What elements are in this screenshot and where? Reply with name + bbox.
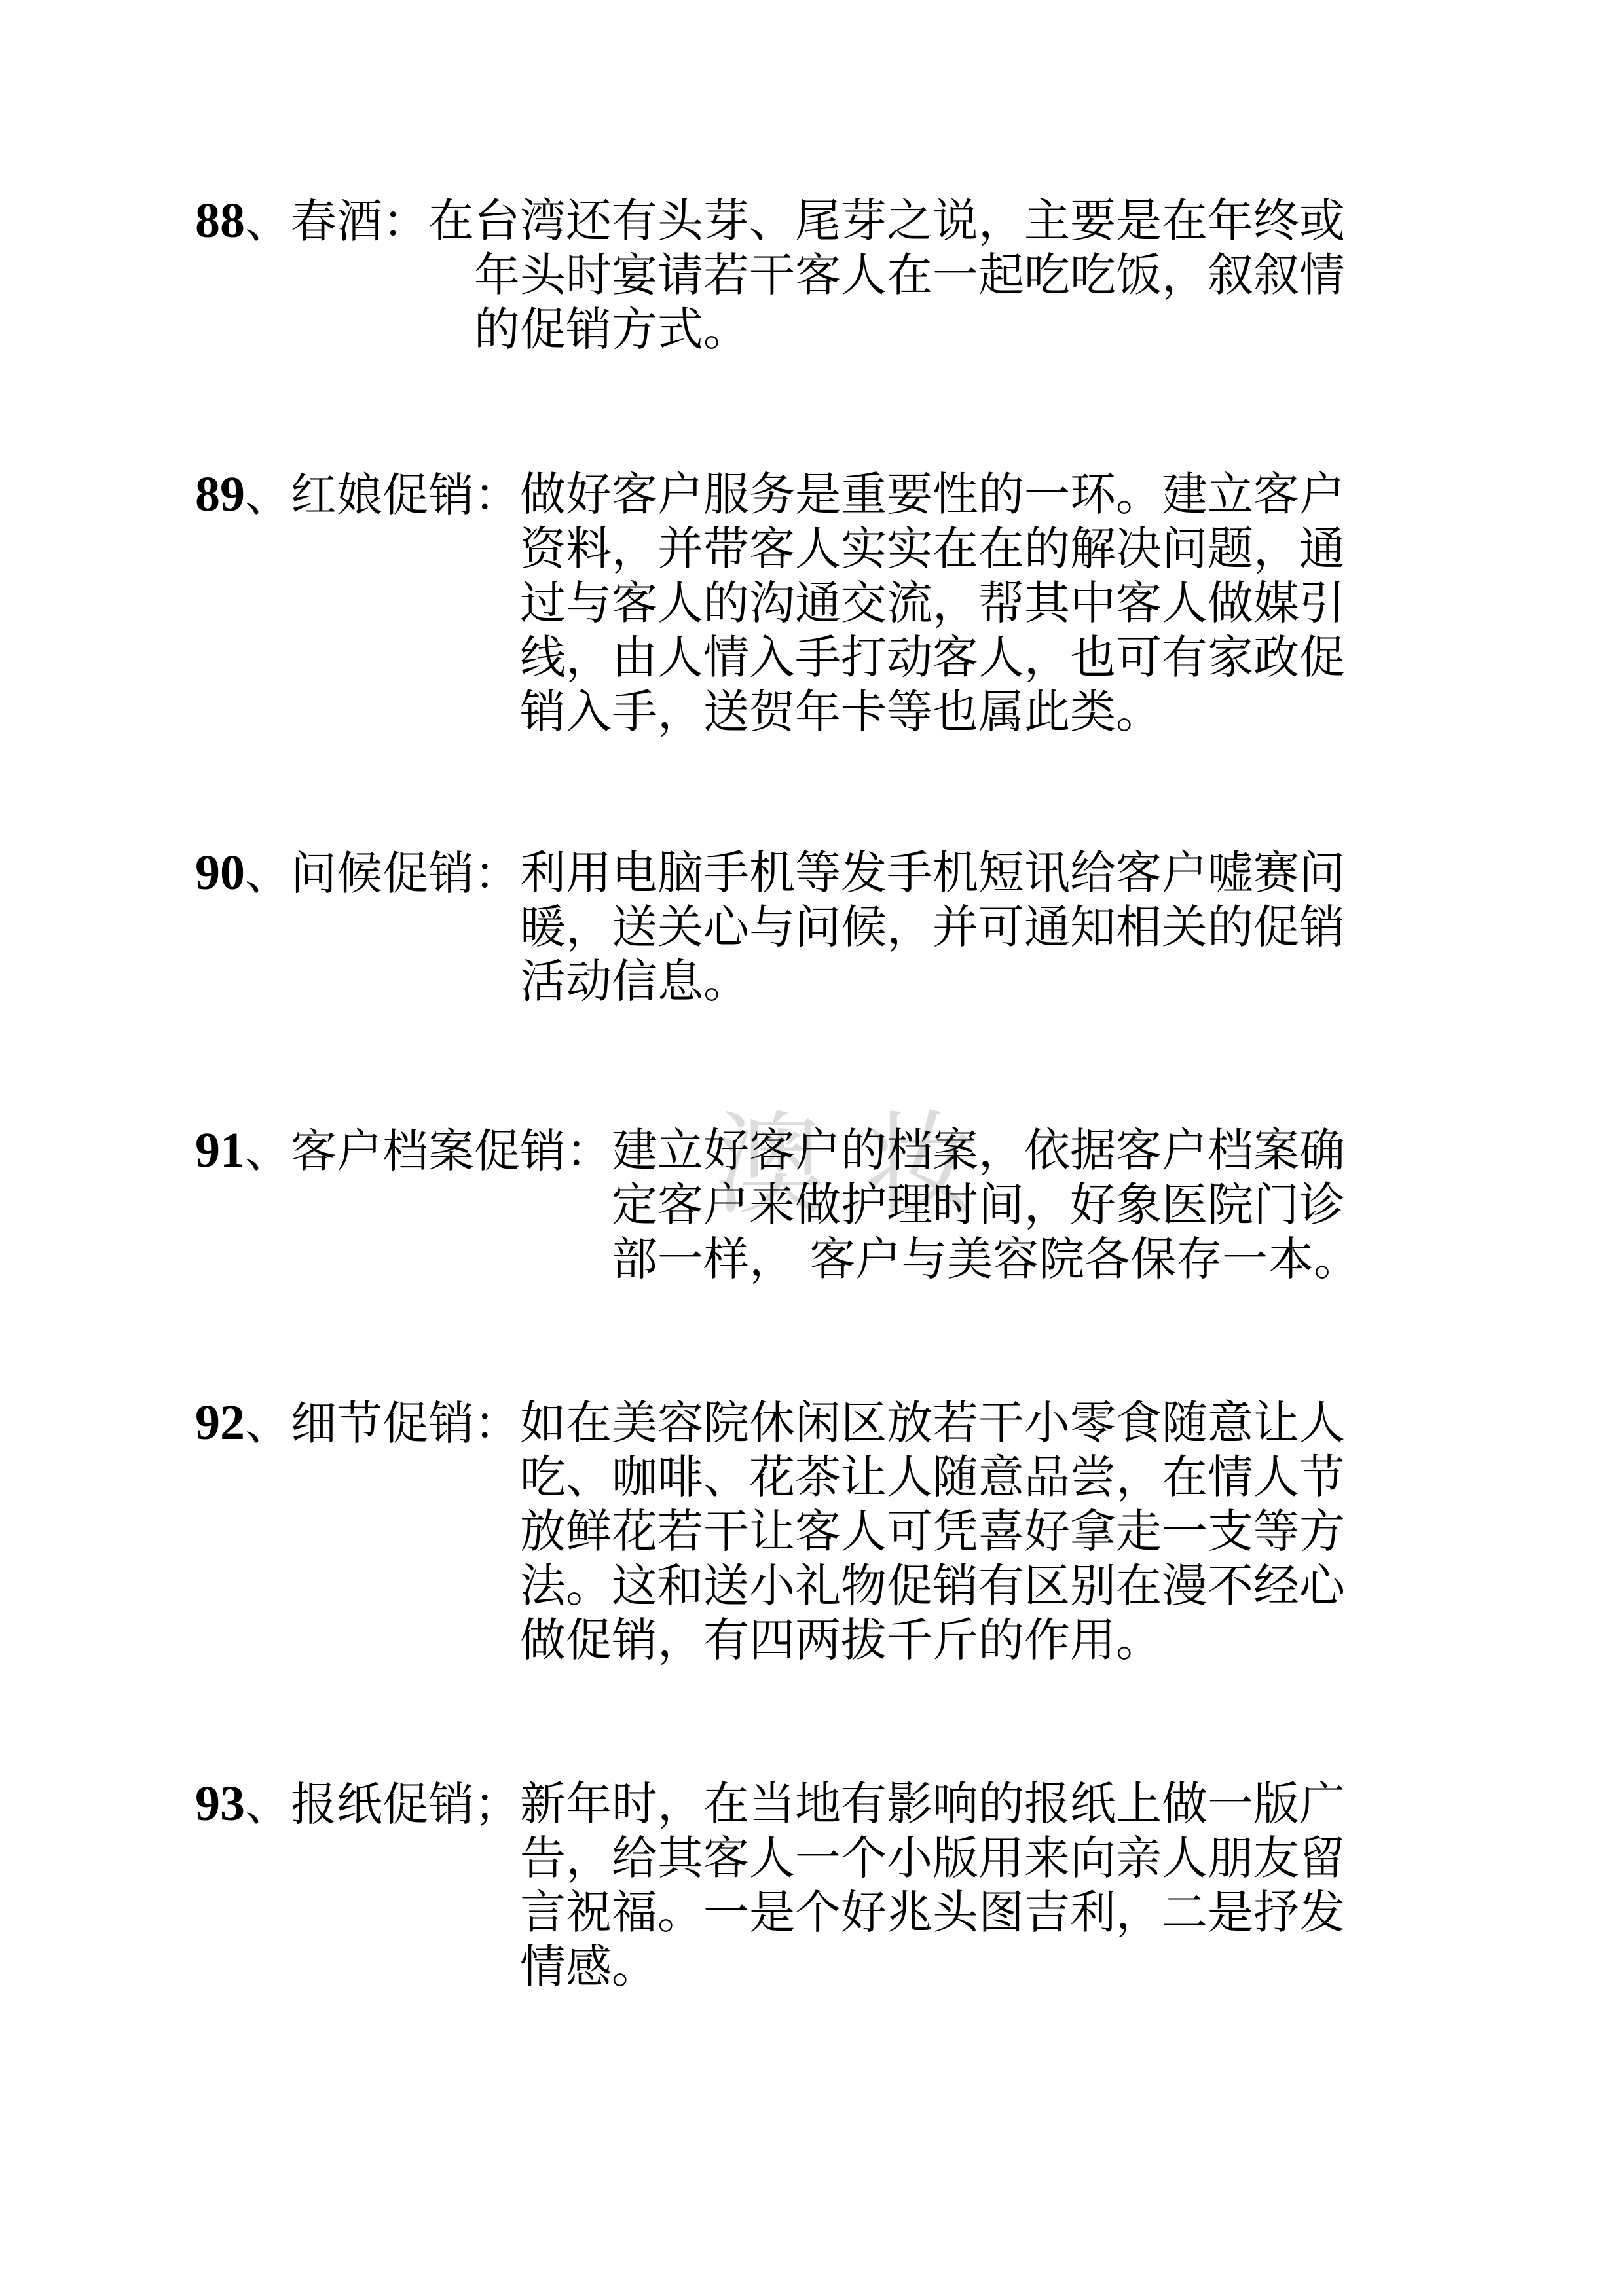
item-number: 93	[195, 1777, 245, 1831]
description-line: 销入手，送贺年卡等也属此类。	[520, 685, 1439, 739]
description-line: 法。这和送小礼物促销有区别在漫不经心	[520, 1559, 1439, 1613]
item-description: 利用电脑手机等发手机短讯给客户嘘赛问 暖，送关心与问候，并可通知相关的促销 活动…	[520, 846, 1439, 1009]
item-separator: 、	[245, 847, 291, 901]
description-line: 吃、咖啡、花茶让人随意品尝，在情人节	[520, 1450, 1439, 1504]
item-number: 92	[195, 1396, 245, 1450]
description-line: 线，由人情入手打动客人，也可有家政促	[520, 630, 1439, 685]
item-description: 在台湾还有头芽、尾芽之说，主要是在年终或 年头时宴请若干客人在一起吃吃饭，叙叙情…	[428, 194, 1439, 357]
promotion-item-90: 90 、 问候促销 ： 利用电脑手机等发手机短讯给客户嘘赛问 暖，送关心与问候，…	[195, 846, 1439, 1009]
item-number: 91	[195, 1123, 245, 1178]
description-line: 部一样， 客户与美容院各保存一本。	[612, 1232, 1439, 1286]
item-description: 建立好客户的档案，依据客户档案确 定客户来做护理时间，好象医院门诊 部一样， 客…	[612, 1123, 1439, 1286]
item-description: 做好客户服务是重要性的一环。建立客户 资料，并带客人实实在在的解决问题，通 过与…	[520, 467, 1439, 739]
item-description: 新年时，在当地有影响的报纸上做一版广 告，给其客人一个小版用来向亲人朋友留 言祝…	[520, 1777, 1439, 1994]
item-number: 90	[195, 846, 245, 900]
item-heading: 91 、 客户档案促销 ：	[195, 1123, 612, 1178]
description-line: 如在美容院休闲区放若干小零食随意让人	[520, 1396, 1439, 1450]
item-title: 客户档案促销	[291, 1124, 566, 1178]
item-heading: 88 、 春酒 ：	[195, 194, 428, 249]
description-line: 告，给其客人一个小版用来向亲人朋友留	[520, 1831, 1439, 1886]
promotion-item-93: 93 、 报纸促销 ； 新年时，在当地有影响的报纸上做一版广 告，给其客人一个小…	[195, 1777, 1439, 1994]
item-number: 89	[195, 467, 245, 522]
description-line: 做促销，有四两拔千斤的作用。	[520, 1613, 1439, 1667]
description-line: 年头时宴请若干客人在一起吃吃饭，叙叙情	[428, 248, 1439, 302]
description-line: 定客户来做护理时间，好象医院门诊	[612, 1178, 1439, 1232]
item-colon: ：	[474, 1396, 520, 1451]
item-colon: ；	[474, 1777, 520, 1832]
promotion-item-88: 88 、 春酒 ： 在台湾还有头芽、尾芽之说，主要是在年终或 年头时宴请若干客人…	[195, 194, 1439, 357]
item-separator: 、	[245, 1777, 291, 1832]
item-number: 88	[195, 194, 245, 248]
document-page: 澳妆 88 、 春酒 ： 在台湾还有头芽、尾芽之说，主要是在年终或 年头时宴请若…	[0, 0, 1624, 2296]
description-line: 活动信息。	[520, 955, 1439, 1009]
description-line: 资料，并带客人实实在在的解决问题，通	[520, 522, 1439, 576]
description-line: 过与客人的沟通交流，帮其中客人做媒引	[520, 576, 1439, 630]
item-colon: ：	[382, 194, 428, 249]
item-separator: 、	[245, 194, 291, 249]
item-colon: ：	[474, 847, 520, 901]
item-title: 报纸促销	[291, 1777, 474, 1832]
item-separator: 、	[245, 1124, 291, 1178]
description-line: 暖，送关心与问候，并可通知相关的促销	[520, 900, 1439, 955]
item-colon: ：	[474, 468, 520, 522]
description-line: 言祝福。一是个好兆头图吉利，二是抒发	[520, 1886, 1439, 1940]
item-separator: 、	[245, 468, 291, 522]
item-heading: 93 、 报纸促销 ；	[195, 1777, 520, 1832]
description-line: 的促销方式。	[428, 302, 1439, 357]
description-line: 建立好客户的档案，依据客户档案确	[612, 1123, 1439, 1178]
promotion-item-91: 91 、 客户档案促销 ： 建立好客户的档案，依据客户档案确 定客户来做护理时间…	[195, 1123, 1439, 1286]
item-heading: 90 、 问候促销 ：	[195, 846, 520, 901]
description-line: 情感。	[520, 1940, 1439, 1994]
item-colon: ：	[566, 1124, 612, 1178]
description-line: 新年时，在当地有影响的报纸上做一版广	[520, 1777, 1439, 1831]
item-description: 如在美容院休闲区放若干小零食随意让人 吃、咖啡、花茶让人随意品尝，在情人节 放鲜…	[520, 1396, 1439, 1667]
item-title: 细节促销	[291, 1396, 474, 1451]
description-line: 在台湾还有头芽、尾芽之说，主要是在年终或	[428, 194, 1439, 248]
item-title: 红娘促销	[291, 468, 474, 522]
promotion-item-89: 89 、 红娘促销 ： 做好客户服务是重要性的一环。建立客户 资料，并带客人实实…	[195, 467, 1439, 739]
description-line: 做好客户服务是重要性的一环。建立客户	[520, 467, 1439, 522]
description-line: 放鲜花若干让客人可凭喜好拿走一支等方	[520, 1504, 1439, 1559]
promotion-item-92: 92 、 细节促销 ： 如在美容院休闲区放若干小零食随意让人 吃、咖啡、花茶让人…	[195, 1396, 1439, 1667]
item-title: 春酒	[291, 194, 382, 249]
item-heading: 92 、 细节促销 ：	[195, 1396, 520, 1451]
item-separator: 、	[245, 1396, 291, 1451]
item-heading: 89 、 红娘促销 ：	[195, 467, 520, 522]
description-line: 利用电脑手机等发手机短讯给客户嘘赛问	[520, 846, 1439, 900]
item-title: 问候促销	[291, 847, 474, 901]
